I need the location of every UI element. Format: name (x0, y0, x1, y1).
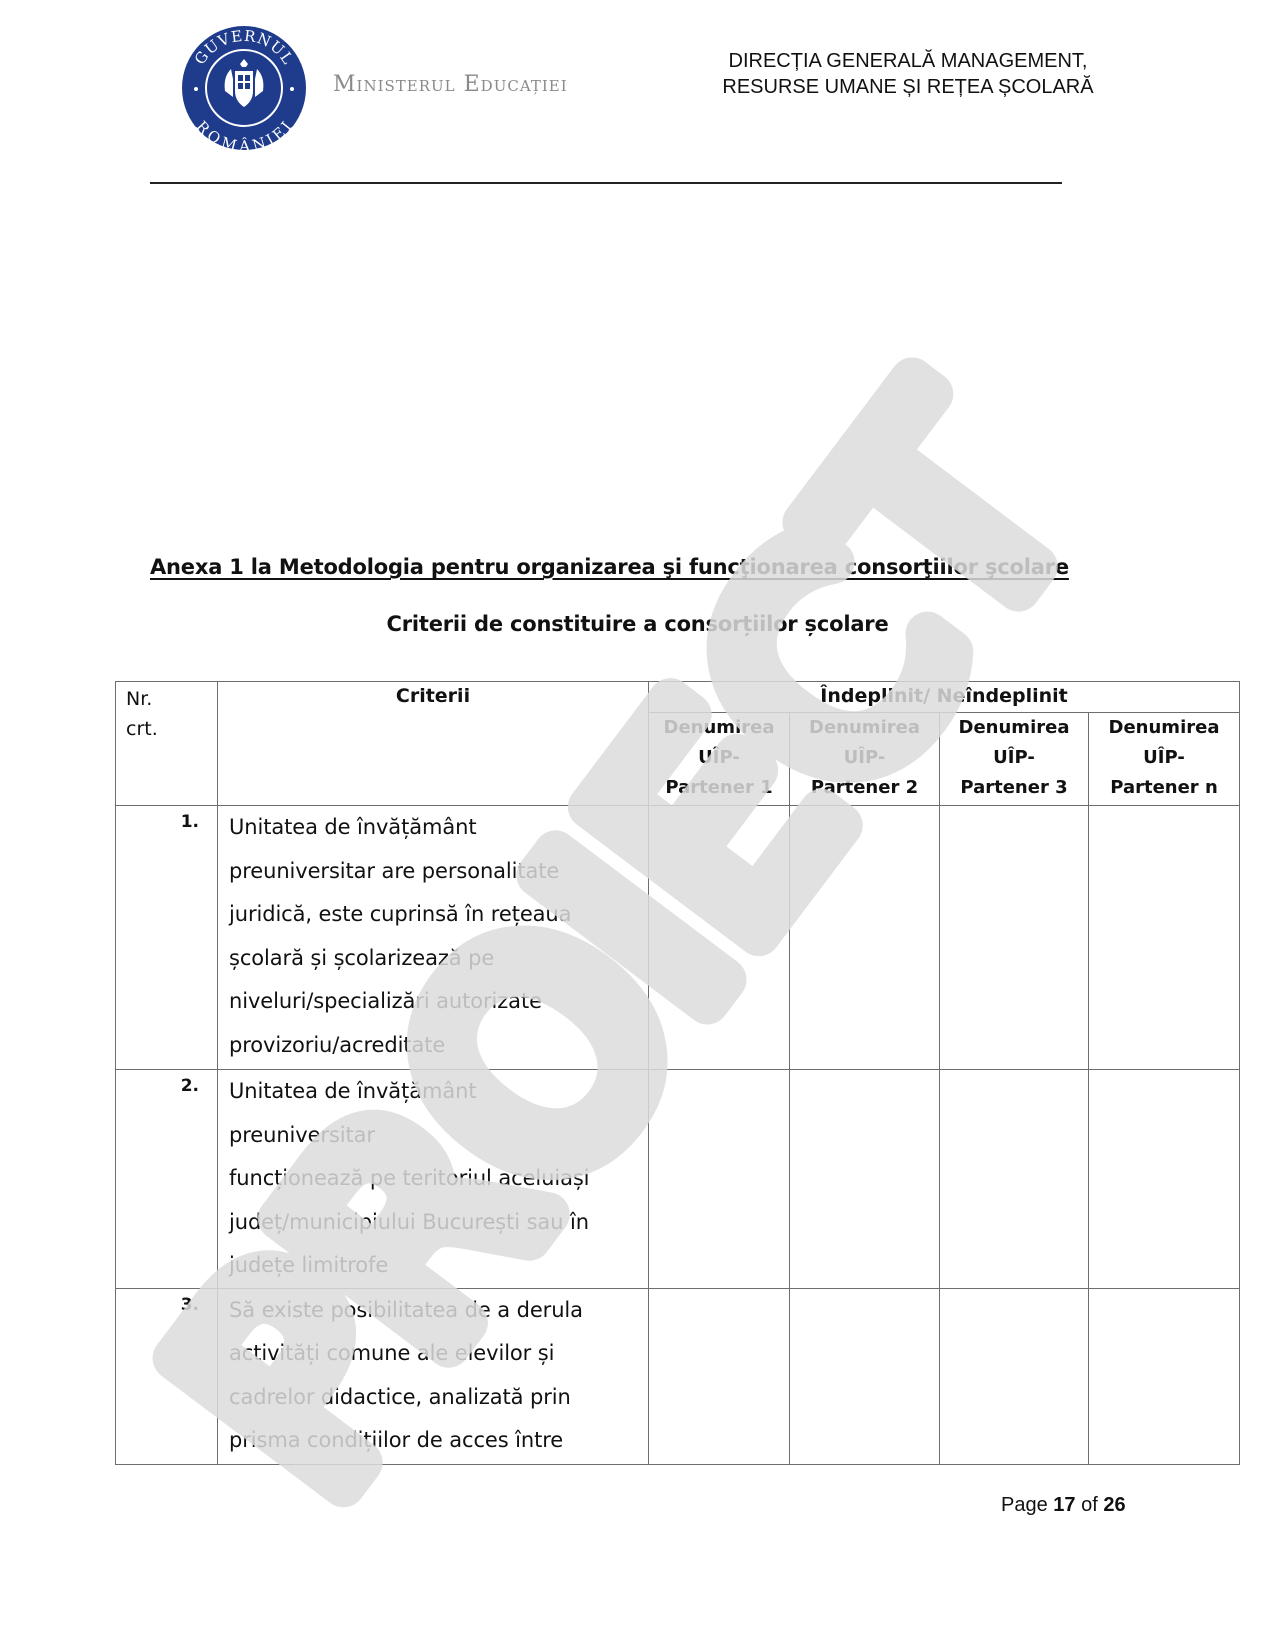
partner-status-cell-4[interactable] (1089, 1070, 1240, 1289)
partner-status-cell-3[interactable] (940, 1070, 1089, 1289)
annex-title: Anexa 1 la Metodologia pentru organizare… (150, 555, 1080, 579)
partner-header-line1: Denumirea (940, 713, 1088, 743)
partner-header-line1: Denumirea (1089, 713, 1239, 743)
criteria-line: județ/municipiului București sau în (229, 1201, 648, 1245)
criteria-line: provizoriu/acreditate (229, 1024, 648, 1068)
criteria-line: preuniversitar are personalitate (229, 850, 648, 894)
criteria-line: Unitatea de învățământ (229, 806, 648, 850)
header-partner-1: DenumireaUÎP-Partener 1 (649, 713, 790, 806)
partner-header-line3: Partener 1 (649, 773, 789, 803)
table-row: 3.Să existe posibilitatea de a derulaact… (116, 1288, 1240, 1464)
header-crt-label: crt. (126, 714, 217, 744)
partner-status-cell-1[interactable] (649, 1070, 790, 1289)
partner-header-line2: UÎP- (1089, 743, 1239, 773)
government-logo: GUVERNUL ROMÂNIEI (181, 25, 307, 151)
partner-status-cell-4[interactable] (1089, 1288, 1240, 1464)
criteria-line: juridică, este cuprinsă în rețeaua (229, 893, 648, 937)
page-current: 17 (1053, 1494, 1075, 1516)
page-of: of (1081, 1494, 1098, 1516)
header-nr-label: Nr. (126, 684, 217, 714)
partner-header-line2: UÎP- (790, 743, 939, 773)
partner-header-line2: UÎP- (940, 743, 1088, 773)
document-subtitle: Criterii de constituire a consorțiilor ș… (0, 612, 1275, 636)
criteria-line: activități comune ale elevilor și (229, 1332, 648, 1376)
row-number: 2. (116, 1070, 218, 1289)
partner-header-line1: Denumirea (790, 713, 939, 743)
criteria-line: școlară și școlarizează pe (229, 937, 648, 981)
criteria-line: Să existe posibilitatea de a derula (229, 1289, 648, 1333)
criteria-line: Unitatea de învățământ (229, 1070, 648, 1114)
partner-header-line3: Partener n (1089, 773, 1239, 803)
row-number: 1. (116, 806, 218, 1070)
table-header-row: Nr. crt. Criterii Îndeplinit/ Neîndeplin… (116, 682, 1240, 713)
page-prefix: Page (1001, 1494, 1048, 1516)
page-number: Page 17 of 26 (1001, 1494, 1126, 1517)
criteria-line: niveluri/specializări autorizate (229, 980, 648, 1024)
partner-status-cell-2[interactable] (790, 806, 940, 1070)
row-criteria: Să existe posibilitatea de a derulaactiv… (218, 1288, 649, 1464)
table-row: 1.Unitatea de învățământpreuniversitar a… (116, 806, 1240, 1070)
criteria-line: preuniversitar (229, 1114, 648, 1158)
partner-status-cell-1[interactable] (649, 1288, 790, 1464)
table-row: 2.Unitatea de învățământpreuniversitarfu… (116, 1070, 1240, 1289)
criteria-table: Nr. crt. Criterii Îndeplinit/ Neîndeplin… (115, 681, 1240, 1465)
partner-header-line3: Partener 2 (790, 773, 939, 803)
department-line-2: RESURSE UMANE ȘI REȚEA ȘCOLARĂ (680, 74, 1136, 100)
header-nr-crt: Nr. crt. (116, 682, 218, 806)
partner-status-cell-3[interactable] (940, 806, 1089, 1070)
header-separator (150, 182, 1062, 184)
row-criteria: Unitatea de învățământpreuniversitar are… (218, 806, 649, 1070)
header-partner-3: DenumireaUÎP-Partener 3 (940, 713, 1089, 806)
row-criteria: Unitatea de învățământpreuniversitarfunc… (218, 1070, 649, 1289)
department-line-1: DIRECȚIA GENERALĂ MANAGEMENT, (680, 48, 1136, 74)
partner-status-cell-4[interactable] (1089, 806, 1240, 1070)
header-partner-4: DenumireaUÎP-Partener n (1089, 713, 1240, 806)
criteria-line: cadrelor didactice, analizată prin (229, 1376, 648, 1420)
partner-header-line2: UÎP- (649, 743, 789, 773)
department-name: DIRECȚIA GENERALĂ MANAGEMENT, RESURSE UM… (680, 48, 1136, 100)
ministry-name: Ministerul Educației (333, 72, 568, 97)
criteria-line: județe limitrofe (229, 1244, 648, 1288)
partner-header-line1: Denumirea (649, 713, 789, 743)
partner-header-line3: Partener 3 (940, 773, 1088, 803)
page-total: 26 (1103, 1494, 1125, 1516)
partner-status-cell-3[interactable] (940, 1288, 1089, 1464)
header-partner-2: DenumireaUÎP-Partener 2 (790, 713, 940, 806)
criteria-line: prisma condițiilor de acces între (229, 1419, 648, 1463)
partner-status-cell-2[interactable] (790, 1288, 940, 1464)
header-status-group: Îndeplinit/ Neîndeplinit (649, 682, 1240, 713)
criteria-line: funcționează pe teritoriul aceluiași (229, 1157, 648, 1201)
partner-status-cell-1[interactable] (649, 806, 790, 1070)
partner-status-cell-2[interactable] (790, 1070, 940, 1289)
header-criteria: Criterii (218, 682, 649, 806)
row-number: 3. (116, 1288, 218, 1464)
